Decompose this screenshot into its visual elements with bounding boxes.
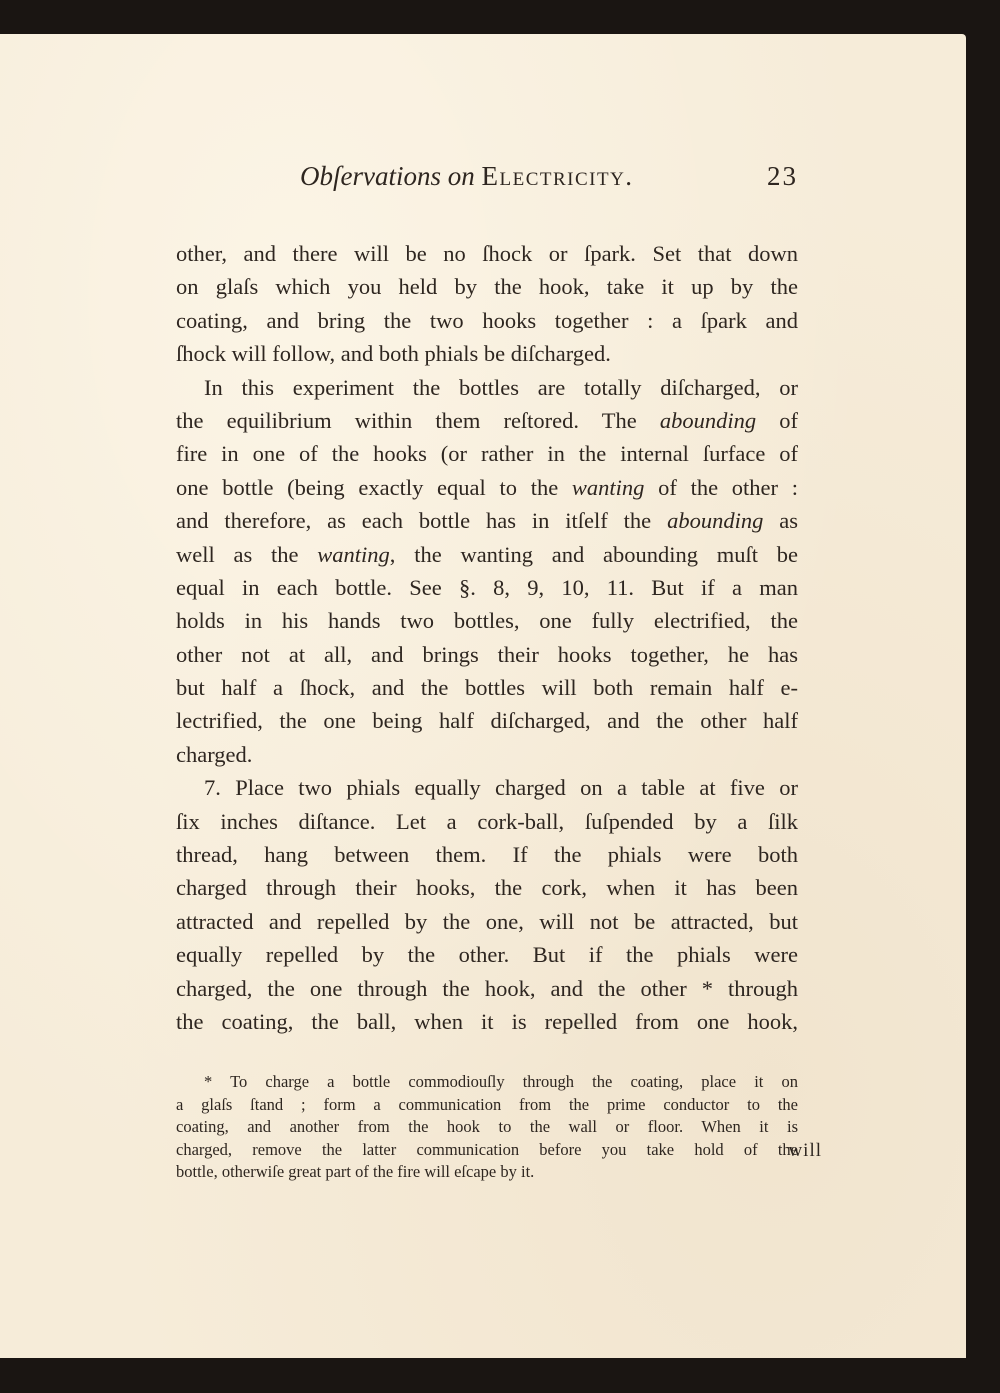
body-line: equally repelled by the other. But if th… bbox=[176, 938, 798, 971]
body-line: In this experiment the bottles are total… bbox=[176, 371, 798, 404]
body-line: one bottle (being exactly equal to the w… bbox=[176, 471, 798, 504]
body-line: other not at all, and brings their hooks… bbox=[176, 638, 798, 671]
body-line: the coating, the ball, when it is repell… bbox=[176, 1005, 798, 1038]
body-line: but half a ſhock, and the bottles will b… bbox=[176, 671, 798, 704]
body-line: coating, and bring the two hooks togethe… bbox=[176, 304, 798, 337]
body-line: charged through their hooks, the cork, w… bbox=[176, 871, 798, 904]
body-line: holds in his hands two bottles, one full… bbox=[176, 604, 798, 637]
body-line: other, and there will be no ſhock or ſpa… bbox=[176, 237, 798, 270]
body-line: 7. Place two phials equally charged on a… bbox=[176, 771, 798, 804]
body-line: ſhock will follow, and both phials be di… bbox=[176, 337, 798, 370]
running-head: Obſervations on Electricity. 23 bbox=[300, 161, 798, 201]
running-head-title: Obſervations on Electricity. bbox=[300, 161, 634, 192]
catchword: will bbox=[788, 1140, 822, 1162]
body-line: and therefore, as each bottle has in itſ… bbox=[176, 504, 798, 537]
footnote-line: charged, remove the latter communication… bbox=[176, 1139, 798, 1162]
running-head-title-italic: Obſervations on bbox=[300, 161, 475, 191]
body-line: the equilibrium within them reſtored. Th… bbox=[176, 404, 798, 437]
footnote-line: * To charge a bottle commodiouſly throug… bbox=[176, 1071, 798, 1094]
emphasis: abounding bbox=[667, 508, 763, 533]
emphasis: wanting bbox=[572, 475, 645, 500]
body-text: other, and there will be no ſhock or ſpa… bbox=[176, 237, 798, 1038]
body-line: fire in one of the hooks (or rather in t… bbox=[176, 437, 798, 470]
emphasis: abounding bbox=[660, 408, 756, 433]
page-number: 23 bbox=[767, 161, 798, 192]
footnote-line: coating, and another from the hook to th… bbox=[176, 1116, 798, 1139]
body-line: thread, hang between them. If the phials… bbox=[176, 838, 798, 871]
body-line: well as the wanting, the wanting and abo… bbox=[176, 538, 798, 571]
body-line: on glaſs which you held by the hook, tak… bbox=[176, 270, 798, 303]
body-line: ſix inches diſtance. Let a cork-ball, ſu… bbox=[176, 805, 798, 838]
footnote-line: a glaſs ſtand ; form a communication fro… bbox=[176, 1094, 798, 1117]
footnote: * To charge a bottle commodiouſly throug… bbox=[176, 1071, 798, 1184]
running-head-title-caps: Electricity. bbox=[482, 161, 634, 191]
body-line: attracted and repelled by the one, will … bbox=[176, 905, 798, 938]
body-line: equal in each bottle. See §. 8, 9, 10, 1… bbox=[176, 571, 798, 604]
body-line: lectrified, the one being half diſcharge… bbox=[176, 704, 798, 737]
emphasis: wanting bbox=[317, 542, 390, 567]
footnote-line: bottle, otherwiſe great part of the fire… bbox=[176, 1161, 798, 1184]
body-line: charged. bbox=[176, 738, 798, 771]
body-line: charged, the one through the hook, and t… bbox=[176, 972, 798, 1005]
